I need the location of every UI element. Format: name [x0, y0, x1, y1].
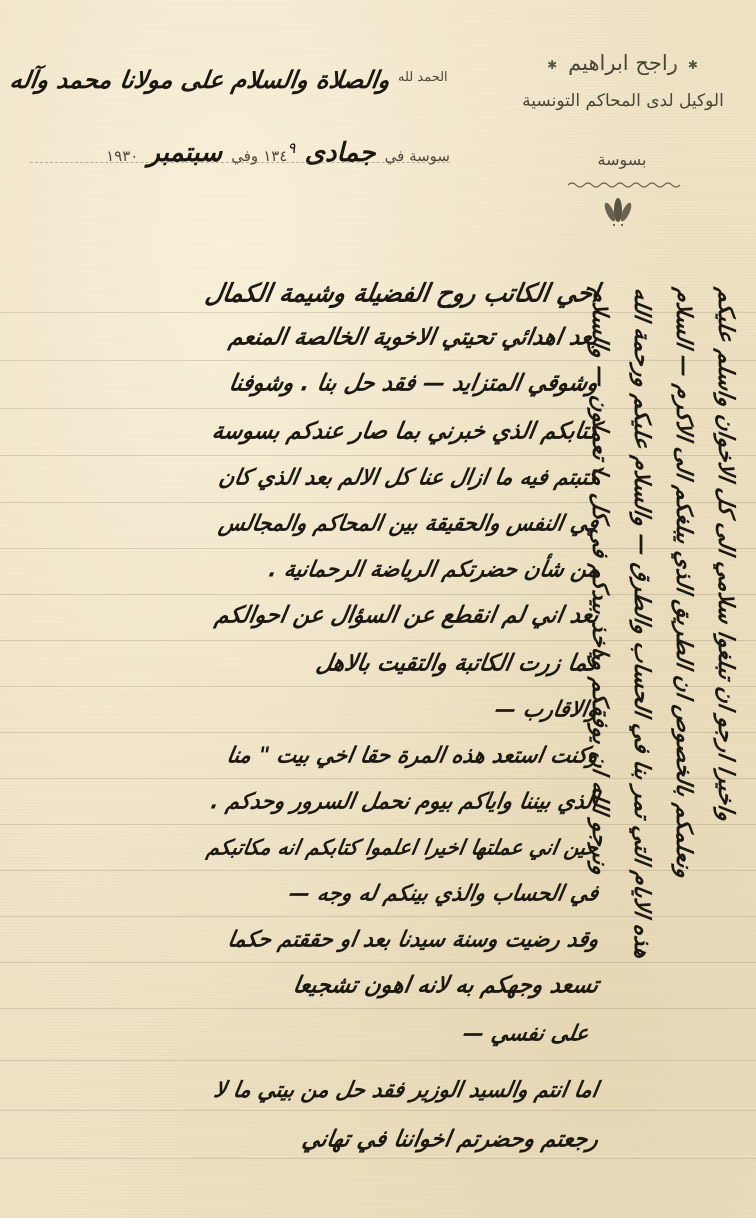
margin-column: ونرجو الله ان يوفقكم وياخذ بيدكم في كل م… [587, 286, 612, 876]
date-hijri-year-digit: ٩ [287, 139, 295, 157]
margin-column: واخيرا ارجو ان تبلغوا سلامي الى كل الاخو… [713, 286, 738, 823]
ruled-line [0, 1060, 756, 1061]
printed-invocation: الحمد لله [398, 70, 448, 85]
handwritten-invocation: والصلاة والسلام على مولانا محمد وآله [8, 66, 392, 94]
letter-page: ✱راجح ابراهيم✱ الوكيل لدى المحاكم التونس… [0, 0, 756, 1218]
body-line: كما زرت الكاتبة والتقيت بالاهل [314, 651, 600, 677]
body-line: بعد اني لم انقطع عن السؤال عن احوالكم [213, 603, 601, 629]
ornament-icon: ✱ [688, 50, 699, 80]
letterhead-city: بسوسة [572, 150, 672, 169]
margin-column: ونعلمكم بالخصوص ان الطريق الذي يبلغكم ال… [671, 286, 696, 879]
letterhead-title: الوكيل لدى المحاكم التونسية [490, 86, 756, 116]
margin-column: هذه الايام التي تمر بنا في الحساب والطرق… [629, 286, 654, 960]
ruled-line [0, 1110, 756, 1111]
body-line: رجعتم وحضرتم اخواننا في تهاني [300, 1127, 601, 1153]
letterhead-name: راجح ابراهيم [568, 51, 678, 75]
body-line: وكنت استعد هذه المرة حقا اخي بيت " منا [225, 743, 600, 768]
ruled-line [0, 1008, 756, 1009]
body-line: وشوقي المتزايد — فقد حل بنا . وشوفنا [227, 371, 600, 397]
body-line: من شأن حضرتكم الرياضة الرحمانية . [267, 557, 601, 582]
body-line: والاقارب — [493, 697, 600, 722]
body-line: اخي الكاتب روح الفضيلة وشيمة الكمال [203, 279, 601, 308]
ruled-line [0, 962, 756, 963]
wheat-ear-emblem-icon [600, 192, 636, 228]
body-line: على نفسي — [461, 1021, 591, 1046]
letterhead: ✱راجح ابراهيم✱ الوكيل لدى المحاكم التونس… [490, 48, 756, 116]
letterhead-name-row: ✱راجح ابراهيم✱ [490, 48, 756, 80]
body-line: تسعد وجهكم به لانه اهون تشجيعا [291, 973, 601, 999]
body-line: حين اني عملتها اخيرا اعلموا كتابكم انه م… [205, 835, 600, 860]
date-underline [30, 162, 450, 164]
body-line: كتابكم الذي خبرني بما صار عندكم بسوسة [210, 419, 601, 445]
body-line: الذي بيننا واياكم بيوم نحمل السرور وحدكم… [209, 789, 600, 814]
body-line: اما انتم والسيد الوزير فقد حل من بيتي ما… [212, 1077, 600, 1102]
ornament-icon: ✱ [547, 50, 558, 80]
body-line: بعد اهدائي تحيتي الاخوية الخالصة المنعم [227, 325, 600, 351]
body-line: في الحساب والذي بينكم له وجه — [287, 881, 601, 906]
ruled-line [0, 1158, 756, 1159]
body-line: كتبتم فيه ما ازال عنا كل الالم بعد الذي … [217, 465, 600, 490]
body-line: في النفس والحقيقة بين المحاكم والمجالس [217, 511, 600, 536]
body-line: وقد رضيت وسنة سيدنا بعد او حققتم حكما [226, 927, 601, 952]
wavy-divider [566, 180, 684, 190]
